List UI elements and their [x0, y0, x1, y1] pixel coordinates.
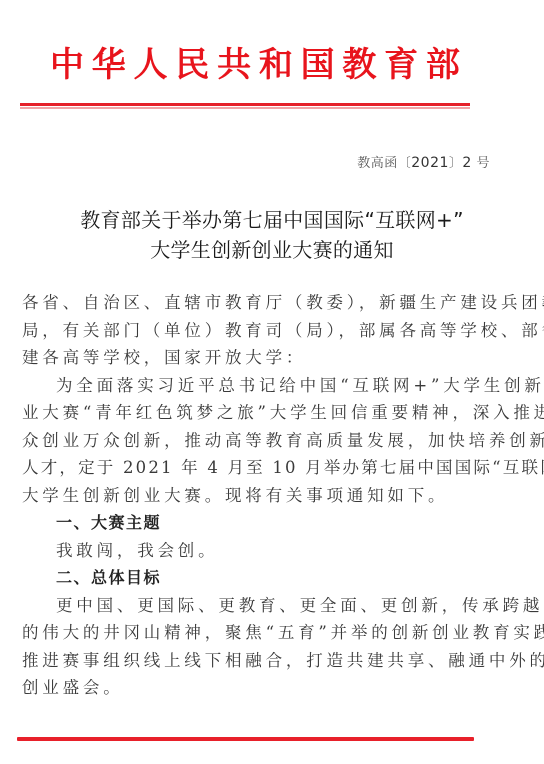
- section-line: 更中国、更国际、更教育、更全面、更创新，传承跨越时空: [22, 592, 492, 620]
- masthead-char: 人: [134, 44, 168, 86]
- masthead-char: 育: [384, 44, 418, 86]
- masthead-char: 国: [301, 44, 335, 86]
- masthead-char: 教: [342, 44, 376, 86]
- intro-line: 为全面落实习近平总书记给中国“互联网+”大学生创新创: [22, 372, 492, 400]
- masthead-char: 华: [92, 44, 126, 86]
- section-line: 创业盛会。: [22, 674, 492, 702]
- doc-number-prefix: 教高函〔: [357, 156, 411, 171]
- masthead-rule-thick: [20, 103, 470, 106]
- addressee-line: 建各高等学校，国家开放大学：: [22, 344, 492, 372]
- document-body: 各省、自治区、直辖市教育厅（教委），新疆生产建设兵团教育 局，有关部门（单位）教…: [22, 289, 492, 702]
- masthead-char: 部: [426, 44, 460, 86]
- section-line: 的伟大的井冈山精神，聚焦“五育”并举的创新创业教育实践，: [22, 619, 492, 647]
- intro-line: 人才，定于 2021 年 4 月至 10 月举办第七届中国国际“互联网+”: [22, 454, 492, 482]
- doc-number-year: 2021: [411, 155, 449, 171]
- section-line: 我敢闯，我会创。: [22, 537, 492, 565]
- intro-line: 众创业万众创新，推动高等教育高质量发展，加快培养创新创业: [22, 427, 492, 455]
- section-line: 推进赛事组织线上线下相融合，打造共建共享、融通中外的创新: [22, 647, 492, 675]
- addressee-line: 各省、自治区、直辖市教育厅（教委），新疆生产建设兵团教育: [22, 289, 492, 317]
- footer-rule: [17, 737, 474, 741]
- document-number: 教高函〔2021〕2 号: [357, 152, 490, 171]
- doc-number-value: 2: [462, 155, 471, 171]
- masthead-char: 和: [259, 44, 293, 86]
- masthead-rule-thin: [20, 107, 470, 109]
- doc-number-suffix: 号: [476, 156, 490, 171]
- document-title: 教育部关于举办第七届中国国际“互联网+” 大学生创新创业大赛的通知: [0, 205, 544, 265]
- title-line-2: 大学生创新创业大赛的通知: [0, 235, 544, 265]
- doc-number-bracket: 〕: [449, 156, 463, 171]
- section-heading-theme: 一、大赛主题: [22, 509, 492, 537]
- masthead-char: 共: [217, 44, 251, 86]
- masthead-char: 民: [175, 44, 209, 86]
- masthead-char: 中: [50, 44, 84, 86]
- section-heading-goals: 二、总体目标: [22, 564, 492, 592]
- intro-line: 大学生创新创业大赛。现将有关事项通知如下。: [22, 482, 492, 510]
- title-line-1: 教育部关于举办第七届中国国际“互联网+”: [0, 205, 544, 235]
- intro-line: 业大赛“青年红色筑梦之旅”大学生回信重要精神，深入推进大: [22, 399, 492, 427]
- masthead-title: 中 华 人 民 共 和 国 教 育 部: [50, 44, 460, 86]
- addressee-line: 局，有关部门（单位）教育司（局），部属各高等学校、部省合: [22, 317, 492, 345]
